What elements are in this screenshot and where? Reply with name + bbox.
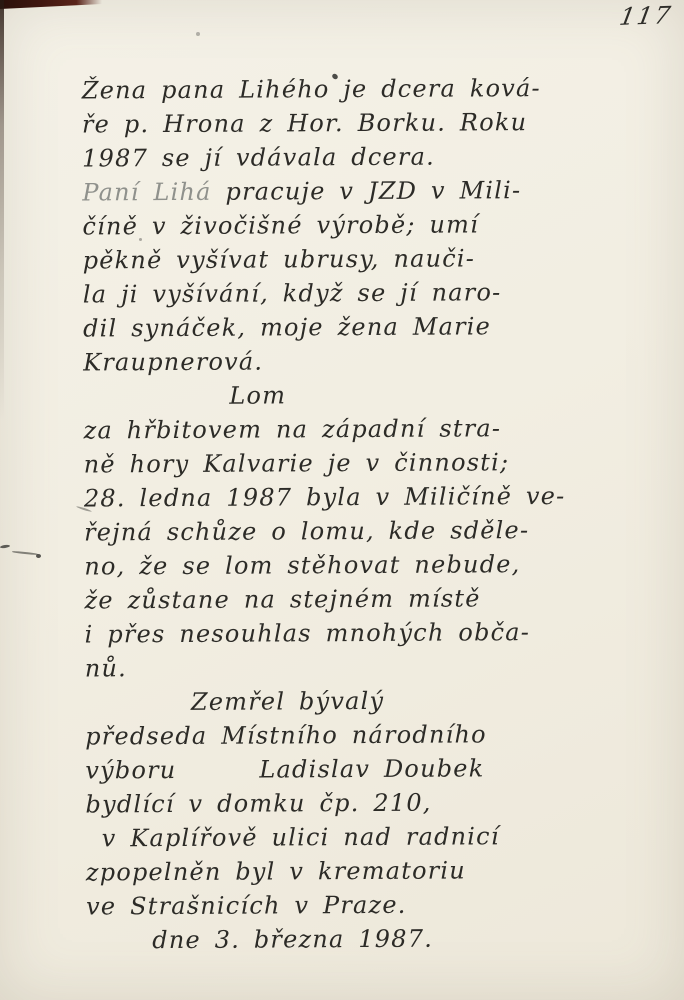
handwriting-line: v Kaplířově ulici nad radnicí: [86, 819, 646, 856]
handwriting-line: výboru Ladislav Doubek: [85, 751, 645, 788]
ink-speck: [0, 544, 10, 548]
handwriting-line: že zůstane na stejném místě: [84, 581, 644, 618]
book-binding-edge: [0, 0, 102, 9]
handwriting-line: la ji vyšívání, když se jí naro-: [83, 275, 643, 312]
handwriting-line: bydlící v domku čp. 210,: [85, 785, 645, 822]
handwriting-line: číně v živočišné výrobě; umí: [82, 207, 642, 244]
handwriting-line: 1987 se jí vdávala dcera.: [82, 139, 642, 176]
handwriting-light-ink: Paní Lihá: [82, 178, 225, 207]
handwriting-line: Paní Lihá pracuje v JZD v Mili-: [82, 173, 642, 210]
handwritten-text-block: Žena pana Lihého je dcera ková- ře p. Hr…: [82, 71, 647, 958]
ink-speck: [139, 238, 142, 241]
handwriting-line: no, že se lom stěhovat nebude,: [84, 547, 644, 584]
handwriting-line: předseda Místního národního: [85, 717, 645, 754]
handwriting-line: Kraupnerová.: [83, 343, 643, 380]
ink-speck: [196, 32, 200, 36]
date-line: dne 3. března 1987.: [86, 921, 646, 958]
handwriting-line: pěkně vyšívat ubrusy, nauči-: [83, 241, 643, 278]
handwriting-line: ve Strašnicích v Praze.: [86, 887, 646, 924]
scanned-chronicle-page: 117 Žena pana Lihého je dcera ková- ře p…: [0, 0, 684, 1000]
handwriting-line: zpopelněn byl v krematoriu: [86, 853, 646, 890]
section-heading-lom: Lom: [83, 377, 643, 414]
ink-speck: [12, 551, 38, 556]
handwriting-line: ře p. Hrona z Hor. Borku. Roku: [82, 105, 642, 142]
handwriting-line: 28. ledna 1987 byla v Miličíně ve-: [84, 479, 644, 516]
page-number: 117: [618, 1, 675, 31]
handwriting-line: za hřbitovem na západní stra-: [83, 411, 643, 448]
handwriting-line: i přes nesouhlas mnohých obča-: [85, 615, 645, 652]
ink-speck: [36, 554, 41, 558]
handwriting-dark-ink: pracuje v JZD v Mili-: [225, 176, 521, 206]
section-heading-zemrel: Zemřel bývalý: [85, 683, 645, 720]
handwriting-line: nů.: [85, 649, 645, 686]
handwriting-line: Žena pana Lihého je dcera ková-: [82, 71, 642, 108]
handwriting-line: řejná schůze o lomu, kde sděle-: [84, 513, 644, 550]
handwriting-line: ně hory Kalvarie je v činnosti;: [84, 445, 644, 482]
handwriting-line: dil synáček, moje žena Marie: [83, 309, 643, 346]
page-edge-shadow: [0, 0, 4, 420]
